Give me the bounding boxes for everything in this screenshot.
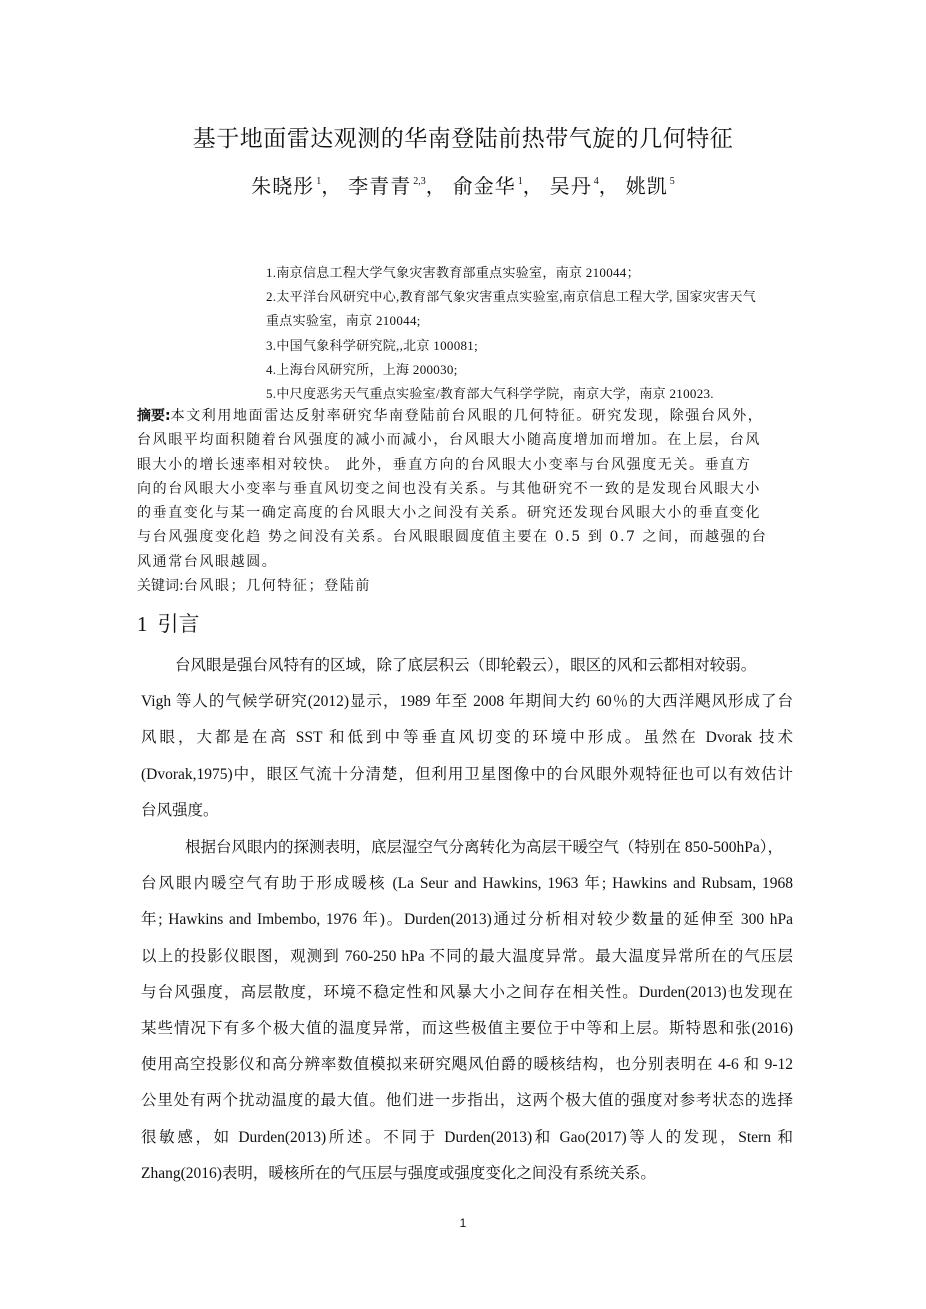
author-separator: ， [523,176,544,198]
paragraph-line: 与台风强度，高层散度，环境不稳定性和风暴大小之间存在相关性。Durden(201… [141,975,793,1011]
abstract: 摘要:本文利用地面雷达反射率研究华南登陆前台风眼的几何特征。研究发现，除强台风外… [137,404,792,598]
abstract-label: 摘要: [137,408,171,424]
author: 李青青2,3， [348,176,447,198]
paragraph-line: 使用高空投影仪和高分辨率数值模拟来研究飓风伯爵的暖核结构，也分别表明在 4-6 … [141,1047,793,1083]
affiliation: 2.太平洋台风研究中心,教育部气象灾害重点实验室,南京信息工程大学, 国家灾害天… [266,285,796,309]
author: 俞金华1， [453,176,544,198]
author: 朱晓彤1， [251,176,342,198]
author-name: 姚凯 [626,176,668,198]
author-name: 朱晓彤 [251,176,314,198]
paragraph-line: Zhang(2016)表明，暖核所在的气压层与强度或强度变化之间没有系统关系。 [141,1156,793,1192]
author-affiliation-mark: 5 [670,176,675,187]
paper-title: 基于地面雷达观测的华南登陆前热带气旋的几何特征 [0,120,926,153]
author-name: 李青青 [348,176,411,198]
paragraph-line: 台风眼是强台风特有的区域，除了底层积云（即轮毂云），眼区的风和云都相对较弱。 [141,648,793,684]
author-name: 俞金华 [453,176,516,198]
affiliation-list: 1.南京信息工程大学气象灾害教育部重点实验室，南京 210044； 2.太平洋台… [266,261,796,406]
author-affiliation-mark: 2,3 [413,176,426,187]
author-separator: ， [599,176,620,198]
paragraph-line: 台风强度。 [141,793,793,829]
author-name: 吴丹 [550,176,592,198]
abstract-line: 向的台风眼大小变率与垂直风切变之间也没有关系。与其他研究不一致的是发现台风眼大小 [137,477,792,501]
paragraph-line: Vigh 等人的气候学研究(2012)显示，1989 年至 2008 年期间大约… [141,684,793,720]
paragraph-line: 以上的投影仪眼图，观测到 760-250 hPa 不同的最大温度异常。最大温度异… [141,939,793,975]
affiliation: 4.上海台风研究所，上海 200030; [266,358,796,382]
paragraph: 台风眼是强台风特有的区域，除了底层积云（即轮毂云），眼区的风和云都相对较弱。 V… [141,648,793,829]
section-title: 引言 [158,612,200,636]
author-list: 朱晓彤1， 李青青2,3， 俞金华1， 吴丹4， 姚凯5 [0,170,926,199]
author-separator: ， [321,176,342,198]
paragraph: 根据台风眼内的探测表明，底层湿空气分离转化为高层干暖空气（特别在 850-500… [141,830,793,1192]
abstract-line: 的垂直变化与某一确定高度的台风眼大小之间没有关系。研究还发现台风眼大小的垂直变化 [137,501,792,525]
abstract-line: 台风眼平均面积随着台风强度的减小而减小，台风眼大小随高度增加而增加。在上层，台风 [137,428,792,452]
abstract-text: 本文利用地面雷达反射率研究华南登陆前台风眼的几何特征。研究发现，除强台风外， [171,408,764,424]
affiliation-continued: 重点实验室，南京 210044; [266,309,796,333]
paragraph-line: 台风眼内暖空气有助于形成暖核 (La Seur and Hawkins, 196… [141,866,793,902]
author-separator: ， [426,176,447,198]
keywords-text: 台风眼；几何特征；登陆前 [184,578,371,594]
abstract-line: 风通常台风眼越圆。 [137,550,792,574]
paragraph-line: 很敏感，如 Durden(2013)所述。不同于 Durden(2013)和 G… [141,1120,793,1156]
author: 姚凯5 [626,176,675,198]
section-heading-introduction: 1引言 [137,608,200,638]
affiliation: 1.南京信息工程大学气象灾害教育部重点实验室，南京 210044； [266,261,796,285]
author: 吴丹4， [550,176,620,198]
paragraph-line: (Dvorak,1975)中，眼区气流十分清楚，但利用卫星图像中的台风眼外观特征… [141,757,793,793]
abstract-line: 摘要:本文利用地面雷达反射率研究华南登陆前台风眼的几何特征。研究发现，除强台风外… [137,404,792,428]
abstract-line: 眼大小的增长速率相对较快。 此外，垂直方向的台风眼大小变率与台风强度无关。垂直方 [137,453,792,477]
affiliation: 3.中国气象科学研究院,,北京 100081; [266,334,796,358]
paragraph-line: 公里处有两个扰动温度的最大值。他们进一步指出，这两个极大值的强度对参考状态的选择 [141,1083,793,1119]
paragraph-line: 某些情况下有多个极大值的温度异常，而这些极值主要位于中等和上层。斯特恩和张(20… [141,1011,793,1047]
section-number: 1 [137,612,148,636]
keywords-label: 关键词: [137,578,184,594]
paragraph-line: 年; Hawkins and Imbembo, 1976 年)。Durden(2… [141,902,793,938]
page-number: 1 [0,1216,926,1230]
paragraph-line: 风眼，大都是在高 SST 和低到中等垂直风切变的环境中形成。虽然在 Dvorak… [141,720,793,756]
document-page: 基于地面雷达观测的华南登陆前热带气旋的几何特征 朱晓彤1， 李青青2,3， 俞金… [0,0,926,1309]
affiliation: 5.中尺度恶劣天气重点实验室/教育部大气科学学院，南京大学，南京 210023. [266,382,796,406]
paragraph-line: 根据台风眼内的探测表明，底层湿空气分离转化为高层干暖空气（特别在 850-500… [141,830,793,866]
abstract-line: 与台风强度变化趋 势之间没有关系。台风眼眼圆度值主要在 0.5 到 0.7 之间… [137,525,792,549]
keywords: 关键词:台风眼；几何特征；登陆前 [137,574,792,598]
